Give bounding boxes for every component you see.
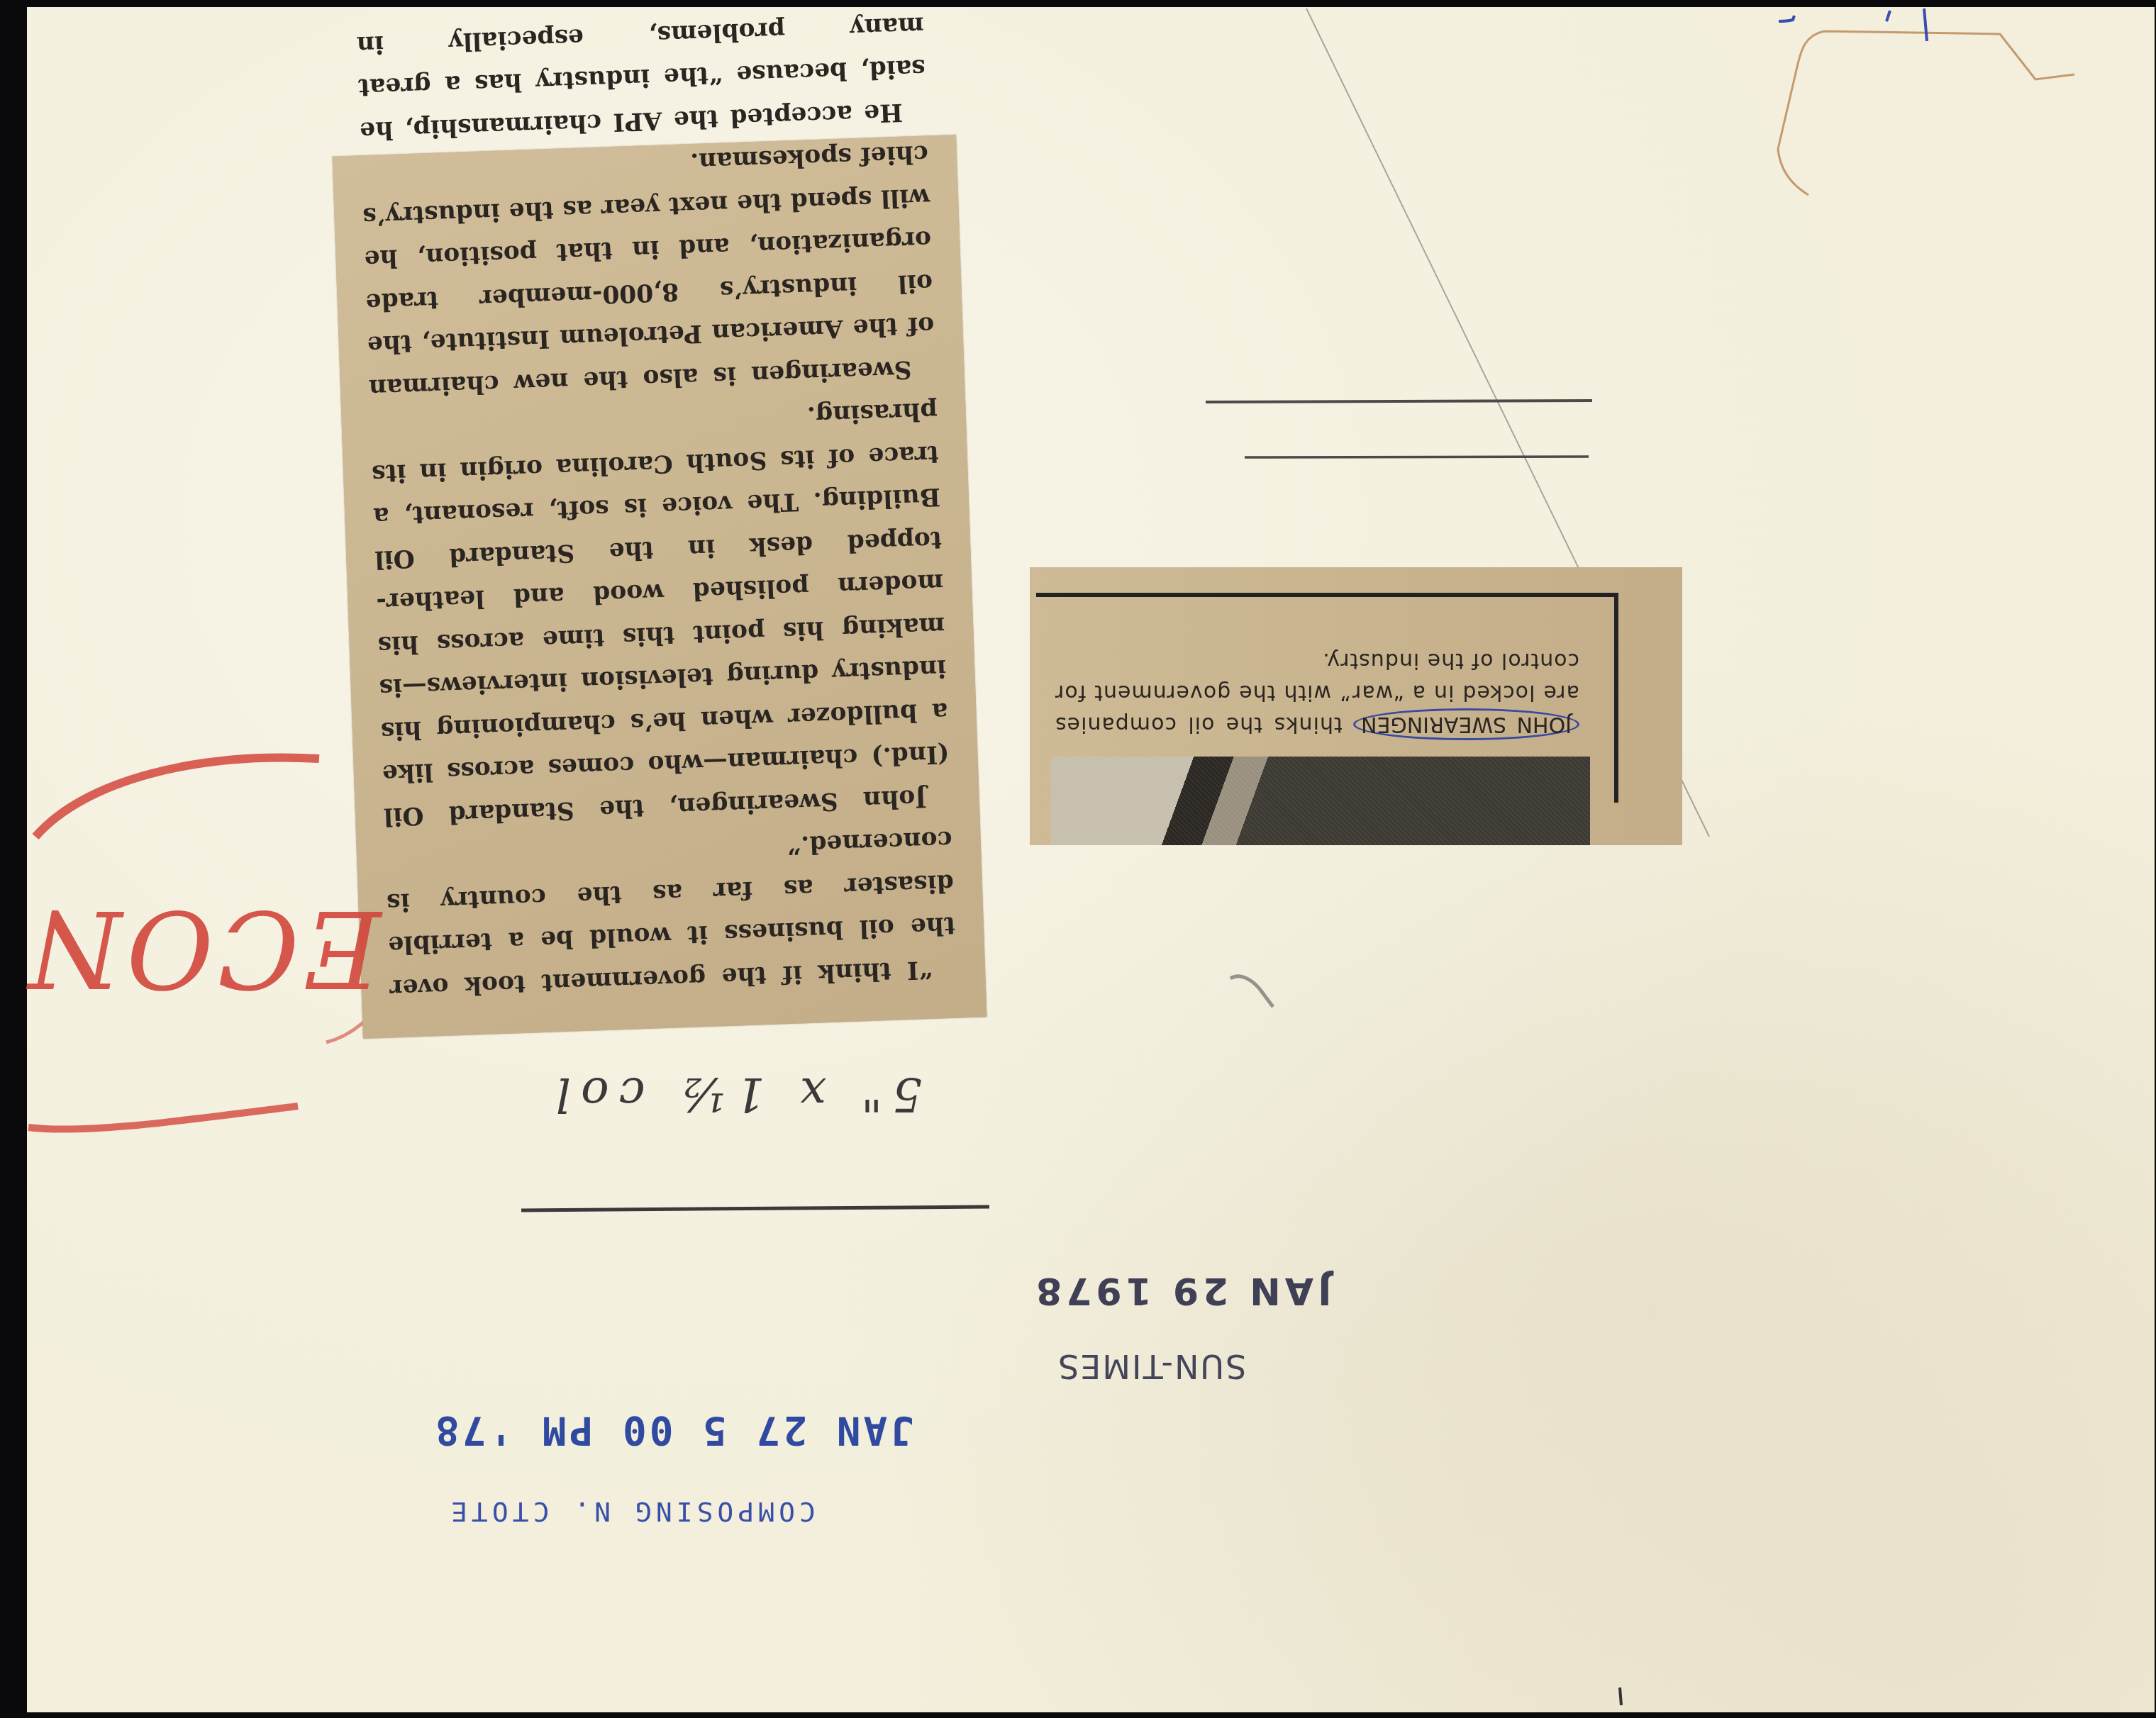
article-paragraph: He accepted the API chairmanship, he sai… — [355, 0, 928, 152]
circled-name: JOHN SWEARINGEN — [1353, 708, 1579, 740]
newspaper-name-stamp: SUN-TIMES — [1057, 1347, 1246, 1385]
size-note-handwriting: 5" x 1½ col — [546, 1067, 922, 1122]
article-text: “I think if the government took over the… — [362, 174, 957, 1009]
red-grease-pencil-label: ECON — [25, 886, 382, 1010]
composing-room-stamp: COMPOSING N. CTOTE — [447, 1496, 816, 1527]
article-paragraph: “I think if the government took over the… — [384, 818, 957, 1010]
article-paragraph: Swearingen is also the new chairman of t… — [360, 132, 936, 409]
halftone-photo-fragment — [1051, 757, 1590, 845]
composing-time-stamp: JAN 27 5 00 PM '78 — [433, 1407, 914, 1454]
caption-text: JOHN SWEARINGEN thinks the oil companies… — [1055, 645, 1579, 740]
received-date-stamp: JAN 29 1978 — [1032, 1269, 1331, 1312]
newspaper-clipping-caption: JOHN SWEARINGEN thinks the oil companies… — [1030, 567, 1682, 845]
article-paragraph: John Swearingen, the Standard Oil (Ind.)… — [369, 389, 952, 838]
newspaper-clipping-article: “I think if the government took over the… — [333, 135, 987, 1039]
